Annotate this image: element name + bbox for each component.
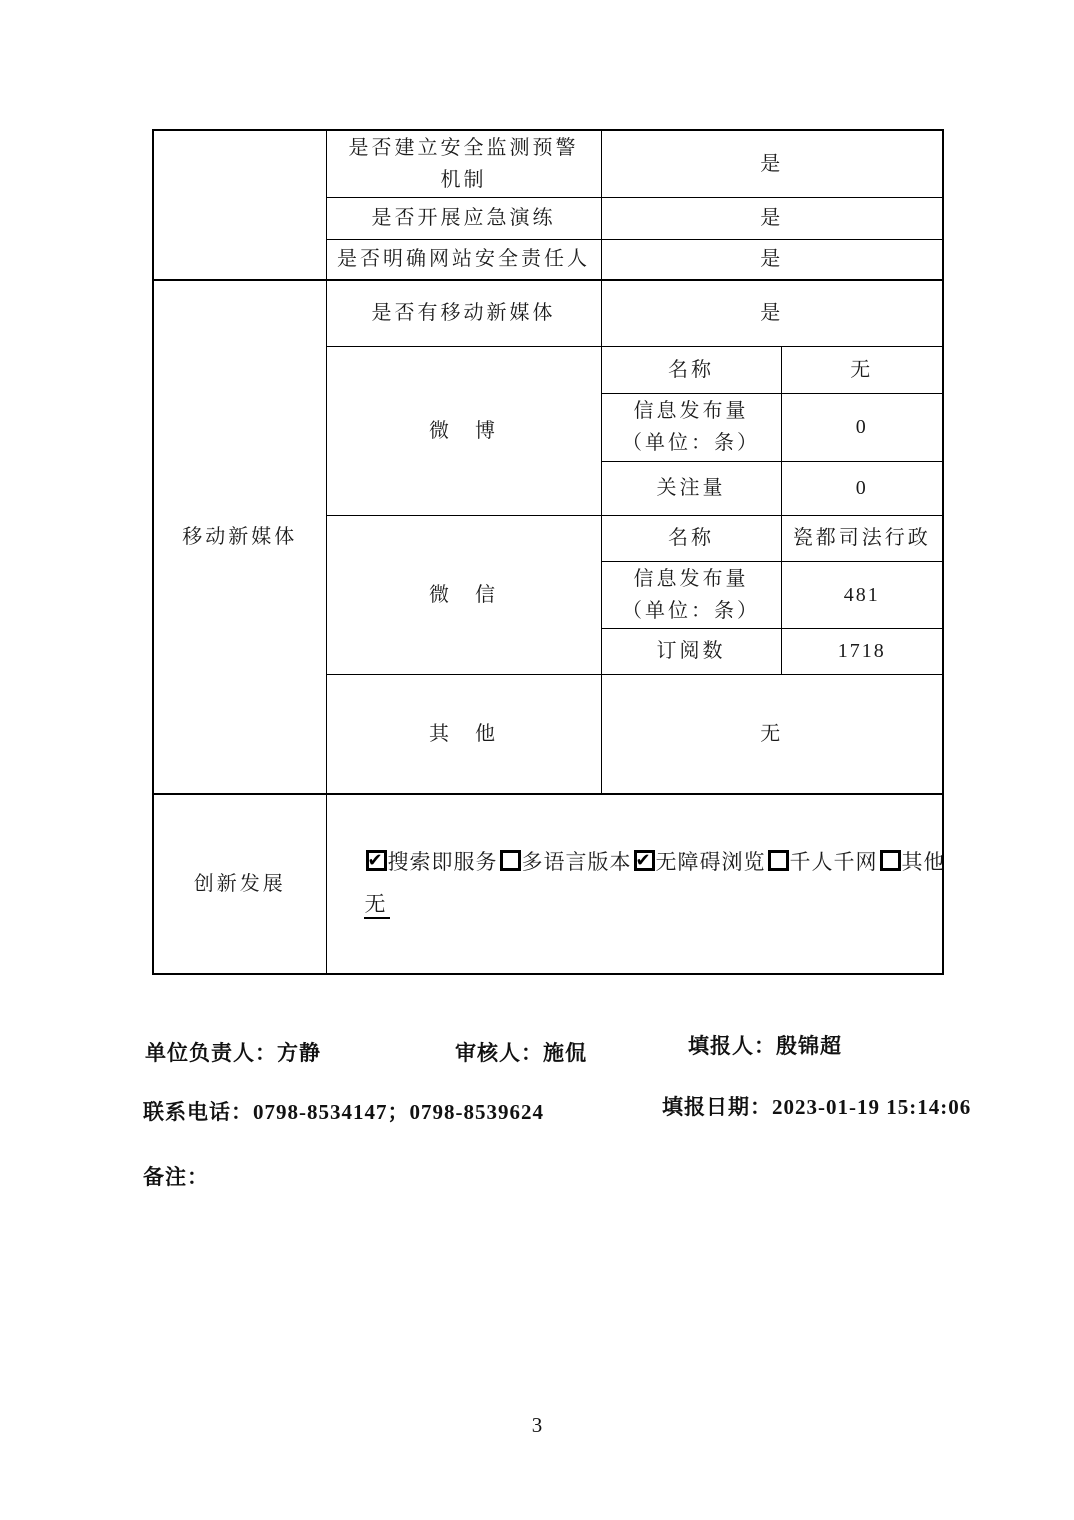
innovation-option-label: 无障碍浏览 <box>656 850 766 874</box>
other-media-label: 其 他 <box>326 674 601 794</box>
weibo-followers-value: 0 <box>781 461 943 515</box>
reviewer-label: 审核人： <box>455 1041 543 1065</box>
security-responsible-person-label: 是否明确网站安全责任人 <box>326 239 601 280</box>
innovation-other-value: 无 <box>364 892 390 919</box>
innovation-options-row: 搜索即服务多语言版本无障碍浏览千人千网其他 <box>364 846 943 880</box>
report-date-value: 2023-01-19 15:14:06 <box>772 1095 971 1119</box>
innovation-option-label: 千人千网 <box>790 850 878 874</box>
innovation-option-personalized: 千人千网 <box>766 850 878 874</box>
innovation-option-label: 多语言版本 <box>522 850 632 874</box>
annual-report-table: 是否建立安全监测预警机制 是 是否开展应急演练 是 是否明确网站安全责任人 是 … <box>152 129 944 975</box>
checkbox-search-service-icon[interactable] <box>366 850 387 871</box>
label-line2: 机制 <box>441 169 487 191</box>
innovation-option-search-service: 搜索即服务 <box>364 850 498 874</box>
label-line2: （单位：条） <box>622 600 760 622</box>
unit-head-line: 单位负责人：方静 <box>145 1037 321 1067</box>
remark-line: 备注： <box>143 1161 209 1191</box>
emergency-drill-value: 是 <box>601 197 943 239</box>
innovation-option-accessibility: 无障碍浏览 <box>632 850 766 874</box>
unit-head-value: 方静 <box>277 1041 321 1065</box>
wechat-name-value: 瓷都司法行政 <box>781 515 943 561</box>
page-number: 3 <box>0 1413 1074 1438</box>
phone-value: 0798-8534147；0798-8539624 <box>253 1100 544 1124</box>
remark-label: 备注： <box>143 1165 209 1189</box>
weibo-name-label: 名称 <box>601 346 781 393</box>
filler-value: 殷锦超 <box>776 1034 842 1058</box>
document-page: 是否建立安全监测预警机制 是 是否开展应急演练 是 是否明确网站安全责任人 是 … <box>0 0 1074 1520</box>
innovation-other-line: 无 <box>364 888 943 922</box>
checkbox-other-icon[interactable] <box>880 850 901 871</box>
section-cell-innovation: 创新发展 <box>153 794 326 974</box>
label-line1: 是否建立安全监测预警 <box>349 137 579 159</box>
wechat-posts-label: 信息发布量（单位：条） <box>601 561 781 628</box>
checkbox-accessibility-icon[interactable] <box>634 850 655 871</box>
wechat-group-label: 微 信 <box>326 515 601 674</box>
has-mobile-media-label: 是否有移动新媒体 <box>326 280 601 346</box>
unit-head-label: 单位负责人： <box>145 1041 277 1065</box>
weibo-posts-label: 信息发布量（单位：条） <box>601 393 781 461</box>
filler-label: 填报人： <box>688 1034 776 1058</box>
reviewer-value: 施侃 <box>543 1041 587 1065</box>
reviewer-line: 审核人：施侃 <box>455 1037 587 1067</box>
checkbox-multilingual-icon[interactable] <box>500 850 521 871</box>
weibo-followers-label: 关注量 <box>601 461 781 515</box>
innovation-option-other: 其他 <box>878 850 944 874</box>
innovation-option-label: 其他 <box>902 850 944 874</box>
weibo-group-label: 微 博 <box>326 346 601 515</box>
other-media-value: 无 <box>601 674 943 794</box>
report-date-line: 填报日期：2023-01-19 15:14:06 <box>662 1091 971 1121</box>
phone-label: 联系电话： <box>143 1100 253 1124</box>
wechat-name-label: 名称 <box>601 515 781 561</box>
weibo-name-value: 无 <box>781 346 943 393</box>
innovation-content-cell: 搜索即服务多语言版本无障碍浏览千人千网其他 无 <box>326 794 943 974</box>
wechat-subscribers-label: 订阅数 <box>601 628 781 674</box>
checkbox-personalized-icon[interactable] <box>768 850 789 871</box>
security-responsible-person-value: 是 <box>601 239 943 280</box>
wechat-subscribers-value: 1718 <box>781 628 943 674</box>
label-line1: 信息发布量 <box>634 568 749 590</box>
innovation-option-label: 搜索即服务 <box>388 850 498 874</box>
section-cell-empty <box>153 130 326 280</box>
security-warning-mechanism-label: 是否建立安全监测预警机制 <box>326 130 601 197</box>
label-line1: 信息发布量 <box>634 400 749 422</box>
emergency-drill-label: 是否开展应急演练 <box>326 197 601 239</box>
weibo-posts-value: 0 <box>781 393 943 461</box>
phone-line: 联系电话：0798-8534147；0798-8539624 <box>143 1096 544 1126</box>
filler-line: 填报人：殷锦超 <box>688 1030 842 1060</box>
security-warning-mechanism-value: 是 <box>601 130 943 197</box>
has-mobile-media-value: 是 <box>601 280 943 346</box>
section-cell-mobile-media: 移动新媒体 <box>153 280 326 794</box>
innovation-option-multilingual: 多语言版本 <box>498 850 632 874</box>
report-date-label: 填报日期： <box>662 1095 772 1119</box>
wechat-posts-value: 481 <box>781 561 943 628</box>
label-line2: （单位：条） <box>622 432 760 454</box>
